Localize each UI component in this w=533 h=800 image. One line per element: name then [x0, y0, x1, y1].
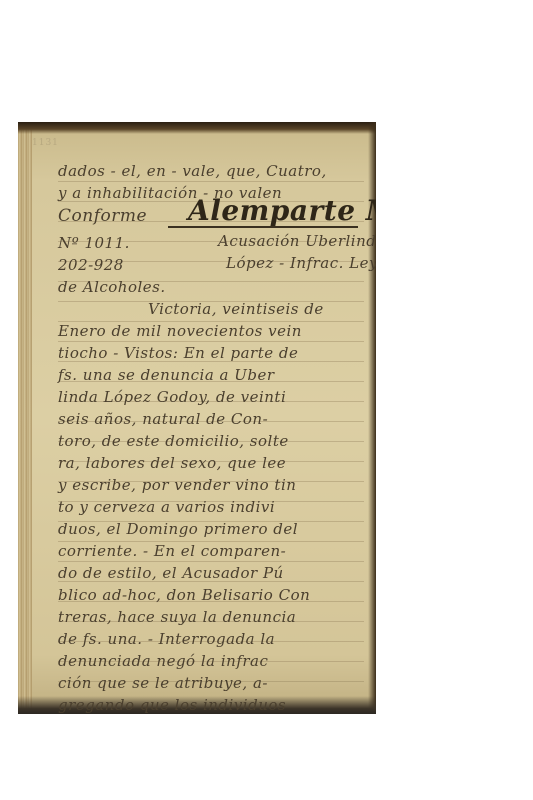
text-line: toro, de este domicilio, solte [58, 432, 289, 450]
text-line: ción que se le atribuye, a- [58, 674, 268, 692]
signature-underline [168, 226, 358, 228]
page-edges [18, 122, 32, 714]
text-line: seis años, natural de Con- [58, 410, 268, 428]
text-line: do de estilo, el Acusador Pú [58, 564, 284, 582]
text-line: gregando que los individuos [58, 696, 286, 714]
text-line: de fs. una. - Interrogada la [58, 630, 275, 648]
text-line: treras, hace suya la denuncia [58, 608, 296, 626]
text-line: Victoria, veintiseis de [148, 300, 324, 318]
text-line: dados - el, en - vale, que, Cuatro, [58, 162, 327, 180]
text-line: Enero de mil novecientos vein [58, 322, 302, 340]
text-line: corriente. - En el comparen- [58, 542, 286, 560]
document-photo: 1131 dados - el, en - vale, que, Cuatro,… [18, 122, 376, 714]
text-line: de Alcoholes. [58, 278, 166, 296]
case-code: 202-928 [58, 256, 124, 274]
text-line: blico ad-hoc, don Belisario Con [58, 586, 310, 604]
text-line: ra, labores del sexo, que lee [58, 454, 286, 472]
signature: Alemparte M. [188, 194, 376, 227]
text-line: denunciada negó la infrac [58, 652, 268, 670]
text-line: Conforme [58, 206, 147, 226]
top-shadow [18, 122, 376, 134]
text-line: fs. una se denuncia a Uber [58, 366, 275, 384]
text-line: linda López Godoy, de veinti [58, 388, 286, 406]
text-line: to y cerveza a varios indivi [58, 498, 275, 516]
folio-number: 1131 [32, 138, 59, 148]
text-line: López - Infrac. Ley [226, 254, 376, 272]
text-line: duos, el Domingo primero del [58, 520, 298, 538]
text-line: Acusación Uberlinda [218, 232, 376, 250]
text-line: tiocho - Vistos: En el parte de [58, 344, 298, 362]
text-line: y escribe, por vender vino tin [58, 476, 296, 494]
case-number: Nº 1011. [58, 234, 130, 252]
